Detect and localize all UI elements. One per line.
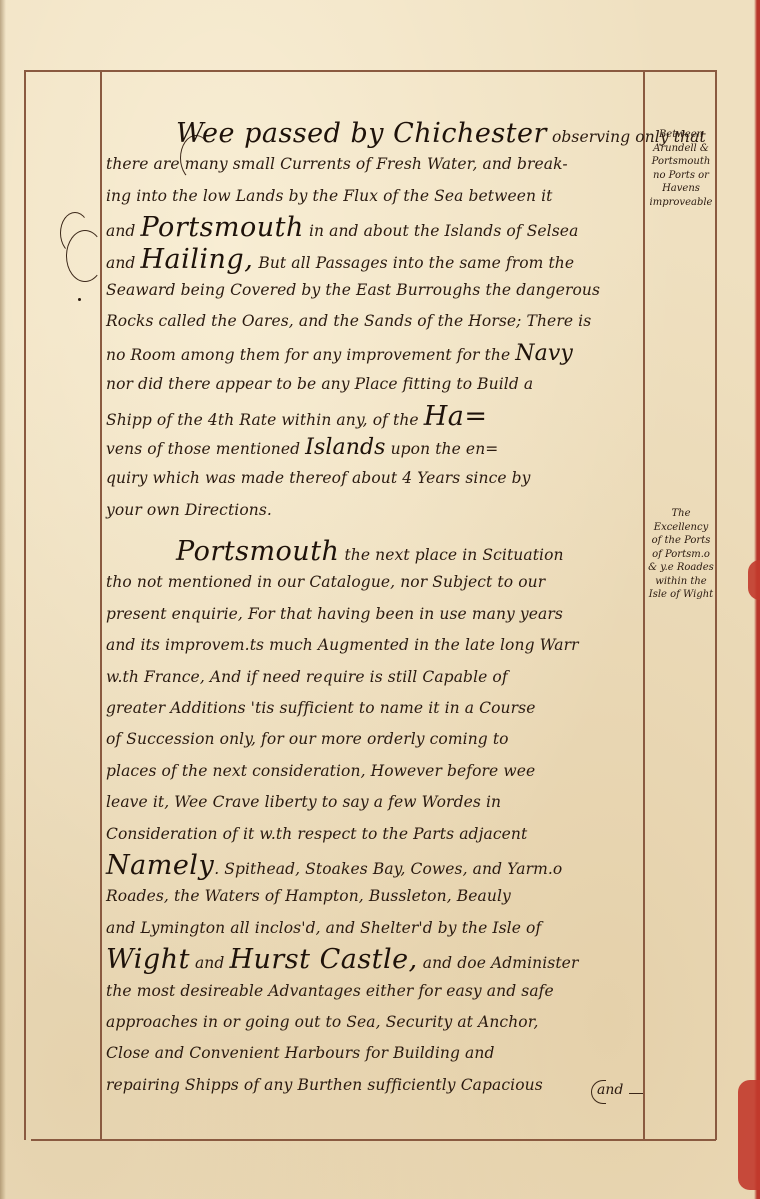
place-name: Wight <box>106 944 190 975</box>
text-line: vens of those mentioned Islands upon the… <box>106 432 640 463</box>
text-line: Consideration of it w.th respect to the … <box>106 819 640 850</box>
text-line: present enquirie, For that having been i… <box>106 599 640 630</box>
marginal-line: & y.e Roades <box>646 561 716 575</box>
text-line: greater Additions 'tis sufficient to nam… <box>106 693 640 724</box>
text-line: Seaward being Covered by the East Burrou… <box>106 275 640 306</box>
line-text: your own Directions. <box>106 501 272 519</box>
pen-flourish <box>66 230 104 282</box>
text-line: quiry which was made thereof about 4 Yea… <box>106 463 640 494</box>
text-line: nor did there appear to be any Place fit… <box>106 369 640 400</box>
line-text: the most desireable Advantages either fo… <box>106 982 554 1000</box>
text-line: tho not mentioned in our Catalogue, nor … <box>106 567 640 598</box>
line-text: nor did there appear to be any Place fit… <box>106 375 533 393</box>
text-line: ing into the low Lands by the Flux of th… <box>106 181 640 212</box>
text-line: Close and Convenient Harbours for Buildi… <box>106 1038 640 1069</box>
line-text: and Lymington all inclos'd, and Shelter'… <box>106 919 541 937</box>
marginal-line: of Portsm.o <box>646 548 716 562</box>
line-text: . Spithead, Stoakes Bay, Cowes, and Yarm… <box>214 860 562 878</box>
marginal-line: no Ports or <box>646 169 716 183</box>
place-name: Hurst Castle, <box>229 944 417 975</box>
marginal-note-excellency-ports: The Excellency of the Ports of Portsm.o … <box>646 507 716 602</box>
marginal-line: Havens <box>646 182 716 196</box>
frame-rule-bottom <box>31 1139 716 1141</box>
line-text: upon the en= <box>386 440 499 458</box>
line-text: repairing Shipps of any Burthen sufficie… <box>106 1076 543 1094</box>
line-text: and <box>106 254 140 272</box>
text-line: of Succession only, for our more orderly… <box>106 724 640 755</box>
line-text: and its improvem.ts much Augmented in th… <box>106 636 579 654</box>
page-gutter-shadow <box>0 0 6 1199</box>
place-name: Hailing, <box>140 244 253 275</box>
line-text: and doe Administer <box>418 954 579 972</box>
emphasized-word: Ha= <box>424 401 488 432</box>
line-text: Consideration of it w.th respect to the … <box>106 825 527 843</box>
marginal-line: of the Ports <box>646 534 716 548</box>
red-edge-stain <box>738 1080 760 1190</box>
line-text: in and about the Islands of Selsea <box>304 222 579 240</box>
text-line: and Hailing, But all Passages into the s… <box>106 244 640 275</box>
line-text: and <box>190 954 230 972</box>
text-line: places of the next consideration, Howeve… <box>106 756 640 787</box>
line-text: But all Passages into the same from the <box>253 254 574 272</box>
text-line: Shipp of the 4th Rate within any, of the… <box>106 401 640 432</box>
marginal-line: Excellency <box>646 521 716 535</box>
text-line: and Portsmouth in and about the Islands … <box>106 212 640 243</box>
text-line: the most desireable Advantages either fo… <box>106 976 640 1007</box>
heading-word: Wee passed by Chichester <box>176 118 547 149</box>
marginal-line: improveable <box>646 196 716 210</box>
marginal-line: within the <box>646 575 716 589</box>
text-line: w.th France, And if need require is stil… <box>106 662 640 693</box>
manuscript-body: Wee passed by Chichester observing only … <box>106 118 640 1101</box>
frame-rule-top <box>24 70 716 72</box>
marginal-line: The <box>646 507 716 521</box>
text-line: your own Directions. <box>106 495 640 526</box>
marginal-note-arundell-portsmouth: Between Arundell & Portsmouth no Ports o… <box>646 128 716 209</box>
text-line: and Lymington all inclos'd, and Shelter'… <box>106 913 640 944</box>
text-line: and its improvem.ts much Augmented in th… <box>106 630 640 661</box>
line-text: Rocks called the Oares, and the Sands of… <box>106 312 591 330</box>
line-text: quiry which was made thereof about 4 Yea… <box>106 469 531 487</box>
line-text: greater Additions 'tis sufficient to nam… <box>106 699 535 717</box>
red-edge-stain <box>748 560 760 600</box>
emphasized-word: Navy <box>515 341 573 366</box>
line-text: no Room among them for any improvement f… <box>106 346 515 364</box>
line-text: Shipp of the 4th Rate within any, of the <box>106 411 424 429</box>
line-text: tho not mentioned in our Catalogue, nor … <box>106 573 545 591</box>
text-line: no Room among them for any improvement f… <box>106 338 640 369</box>
line-text: vens of those mentioned <box>106 440 305 458</box>
line-text: of Succession only, for our more orderly… <box>106 730 509 748</box>
marginal-line: Between <box>646 128 716 142</box>
place-name: Portsmouth <box>140 212 303 243</box>
line-text: Seaward being Covered by the East Burrou… <box>106 281 600 299</box>
text-line: Wee passed by Chichester observing only … <box>106 118 640 149</box>
text-line: approaches in or going out to Sea, Secur… <box>106 1007 640 1038</box>
text-line: leave it, Wee Crave liberty to say a few… <box>106 787 640 818</box>
line-text: present enquirie, For that having been i… <box>106 605 563 623</box>
text-line: repairing Shipps of any Burthen sufficie… <box>106 1070 640 1101</box>
text-line: Rocks called the Oares, and the Sands of… <box>106 306 640 337</box>
left-margin-rule <box>100 70 102 1140</box>
line-text: the next place in Scituation <box>339 546 563 564</box>
text-line: Roades, the Waters of Hampton, Bussleton… <box>106 881 640 912</box>
line-text: w.th France, And if need require is stil… <box>106 668 508 686</box>
frame-rule-right <box>715 70 717 1140</box>
line-text: Roades, the Waters of Hampton, Bussleton… <box>106 887 511 905</box>
line-text: Close and Convenient Harbours for Buildi… <box>106 1044 494 1062</box>
line-text: places of the next consideration, Howeve… <box>106 762 535 780</box>
line-text: ing into the low Lands by the Flux of th… <box>106 187 553 205</box>
text-line: Portsmouth the next place in Scituation <box>106 536 640 567</box>
catchword: and <box>597 1082 623 1098</box>
catchword-rule <box>629 1093 643 1094</box>
text-line: there are many small Currents of Fresh W… <box>106 149 640 180</box>
text-line: Wight and Hurst Castle, and doe Administ… <box>106 944 640 975</box>
right-margin-rule <box>643 70 645 1140</box>
emphasized-word: Islands <box>305 435 385 460</box>
frame-rule-left <box>24 70 26 1140</box>
line-text: there are many small Currents of Fresh W… <box>106 155 568 173</box>
ink-dot <box>78 298 81 301</box>
line-text: and <box>106 222 140 240</box>
text-line: Namely. Spithead, Stoakes Bay, Cowes, an… <box>106 850 640 881</box>
heading-word: Namely <box>106 850 214 881</box>
marginal-line: Arundell & <box>646 142 716 156</box>
line-text: approaches in or going out to Sea, Secur… <box>106 1013 539 1031</box>
marginal-line: Portsmouth <box>646 155 716 169</box>
marginal-line: Isle of Wight <box>646 588 716 602</box>
line-text: leave it, Wee Crave liberty to say a few… <box>106 793 501 811</box>
heading-word: Portsmouth <box>176 536 339 567</box>
